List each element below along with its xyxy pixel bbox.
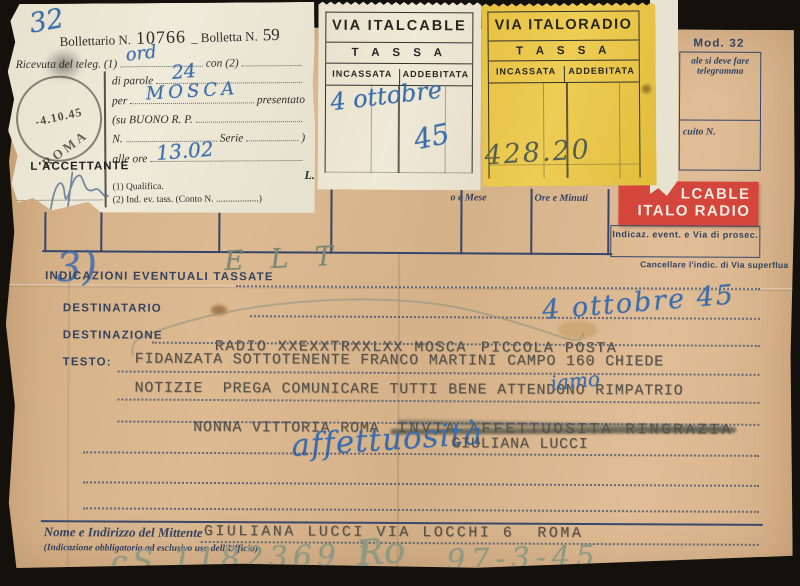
italoradio-amount: 428.20 bbox=[484, 134, 592, 171]
stub-note2: (2) Ind. ev. tass. (Conto N. ...........… bbox=[113, 194, 262, 205]
destinazione-label: DESTINAZIONE bbox=[63, 329, 163, 342]
italcable-slip: VIA ITALCABLE T A S S A INCASSATA ADDEBI… bbox=[318, 2, 482, 191]
italcable-bottom-rule bbox=[325, 172, 471, 174]
italoradio-title: VIA ITALORADIO bbox=[488, 12, 638, 42]
italcable-italoradio-badge: LCABLE ITALO RADIO bbox=[618, 181, 758, 226]
bolletta-label: _ Bolletta N. bbox=[191, 28, 258, 46]
rule bbox=[246, 139, 298, 141]
con-label: con (2) bbox=[206, 57, 239, 69]
serie-label: Serie bbox=[220, 132, 244, 144]
testo-rule5 bbox=[83, 480, 759, 487]
italoradio-tassa-label: T A S S A bbox=[489, 41, 639, 62]
italoradio-col-incassata: INCASSATA bbox=[489, 66, 565, 83]
buono-label: (su BUONO R. P. bbox=[112, 114, 193, 127]
buono-row: (su BUONO R. P. bbox=[112, 113, 305, 126]
ore-value: 13.02 bbox=[155, 137, 214, 165]
postmark-stamp: -4.10.45 ROMA bbox=[8, 67, 110, 169]
rule bbox=[242, 64, 302, 66]
n-label: N. bbox=[112, 133, 123, 145]
postmark-date: -4.10.45 bbox=[17, 101, 100, 133]
testo-rule6 bbox=[83, 506, 759, 513]
receipt-stub: 32 Bollettario N. 10766 _ Bolletta N. 59… bbox=[7, 2, 315, 215]
mittente-label: Nome e Indirizzo del Mittente bbox=[44, 524, 203, 541]
badge-line2: ITALO RADIO bbox=[618, 202, 750, 220]
margin-note: 3) bbox=[55, 243, 99, 292]
col-header-ore: Ore e Minuti bbox=[535, 193, 588, 204]
stub-note1: (1) Qualifica. bbox=[113, 182, 164, 192]
italoradio-col-addebitata: ADDEBITATA bbox=[564, 66, 639, 83]
ricevuta-value: ord bbox=[125, 41, 158, 65]
mod-label: Mod. 32 bbox=[693, 38, 744, 50]
presentato-label: presentato bbox=[257, 94, 305, 106]
circuito-label: cuito N. bbox=[680, 118, 760, 137]
testo-rule1 bbox=[118, 370, 760, 376]
indicaz-label: Indicaz. event. e Via di prosec. bbox=[611, 226, 759, 240]
testo-label: TESTO: bbox=[63, 356, 112, 368]
grid-vline bbox=[530, 189, 532, 255]
telegram-scan: Mod. 32 ale si deve fare telegramma cuit… bbox=[0, 0, 800, 586]
route-box: ale si deve fare telegramma bbox=[679, 51, 761, 120]
italcable-tassa-label: T A S S A bbox=[326, 43, 472, 65]
pencil-date: 97-3-45 bbox=[446, 538, 601, 577]
per-label: per bbox=[112, 95, 127, 107]
italoradio-slip: VIA ITALORADIO T A S S A INCASSATA ADDEB… bbox=[481, 2, 656, 186]
tassate-value: E L T bbox=[224, 241, 343, 278]
testo-correction: iamo bbox=[550, 367, 601, 396]
grid-vline bbox=[607, 189, 609, 255]
bolletta-number: 59 bbox=[262, 25, 280, 45]
testo-line2: NOTIZIE PREGA COMUNICARE TUTTI BENE ATTE… bbox=[134, 380, 683, 400]
italcable-date-year: 45 bbox=[411, 117, 453, 157]
rule bbox=[196, 120, 302, 123]
pencil-ro: Ro bbox=[355, 530, 408, 576]
sender-signature-typed: GIULIANA LUCCI bbox=[451, 435, 588, 453]
route-box-line2: telegramma bbox=[680, 66, 760, 76]
route-box-line1: ale si deve fare bbox=[680, 52, 760, 66]
indicaz-box: Indicaz. event. e Via di prosec. bbox=[610, 225, 760, 258]
paper-stain bbox=[642, 84, 651, 93]
stub-title: Bollettario N. 10766 _ Bolletta N. 59 bbox=[59, 24, 280, 51]
pencil-code: cS 1182369 1 bbox=[110, 537, 380, 580]
cancellare-label: Cancellare l'indic. di Via superflua bbox=[640, 259, 788, 270]
lire-label: L. bbox=[304, 168, 314, 183]
col-header-giorno: o e Mese bbox=[451, 192, 487, 203]
italcable-title: VIA ITALCABLE bbox=[326, 13, 472, 44]
badge-line1: LCABLE bbox=[619, 185, 751, 203]
italoradio-column-headers: INCASSATA ADDEBITATA bbox=[489, 61, 639, 84]
serie-close: ) bbox=[301, 132, 305, 144]
circuito-box: cuito N. bbox=[679, 118, 761, 170]
grid-vline bbox=[44, 212, 46, 252]
